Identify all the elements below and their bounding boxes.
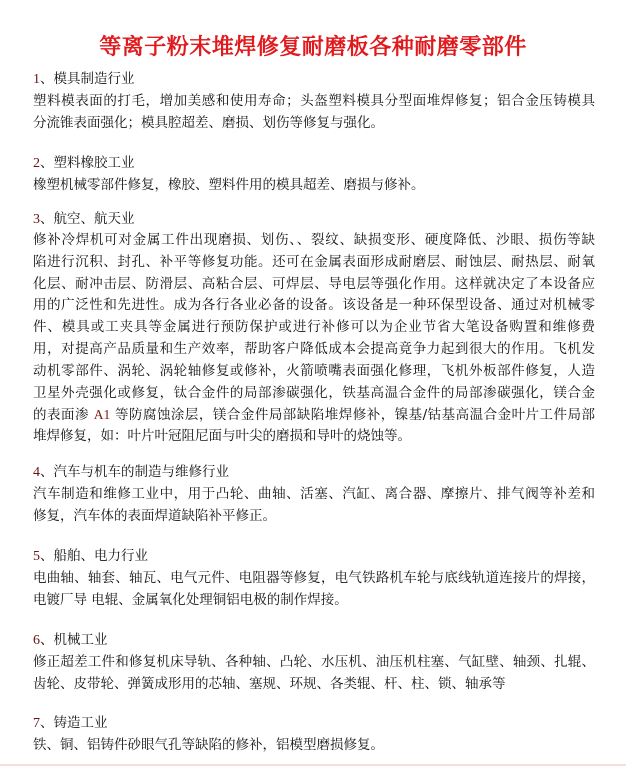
section-body: 塑料模表面的打毛，增加美感和使用寿命；头盔塑料模具分型面堆焊修复；铝合金压铸模具… bbox=[33, 90, 595, 135]
section-number: 3 bbox=[33, 212, 40, 227]
bottom-divider bbox=[0, 764, 626, 766]
body-line: 分流锥表面强化；模具腔超差、磨损、划伤等修复与强化。 bbox=[33, 112, 595, 134]
section-heading-text: 、航空、航天业 bbox=[40, 211, 135, 227]
section-heading: 4、汽车与机车的制造与维修行业 bbox=[33, 461, 595, 483]
section-body: 铁、铜、铝铸件砂眼气孔等缺陷的修补，铝模型磨损修复。 bbox=[33, 734, 595, 756]
section-machinery: 6、机械工业 修正超差工件和修复机床导轨、各种轴、凸轮、水压机、油压机柱塞、气缸… bbox=[33, 629, 595, 696]
body-line: 卫星外壳强化或修复，钛合金件的局部渗碳强化，铁基高温合金件的局部渗碳强化，镁合金 bbox=[33, 383, 595, 405]
body-line: 修正超差工件和修复机床导轨、各种轴、凸轮、水压机、油压机柱塞、气缸壁、轴颈、扎辊… bbox=[33, 651, 595, 673]
body-line: 陷进行沉积、封孔、补平等修复功能。还可在金属表面形成耐磨层、耐蚀层、耐热层、耐氧 bbox=[33, 252, 595, 274]
body-line: 铁、铜、铝铸件砂眼气孔等缺陷的修补，铝模型磨损修复。 bbox=[33, 734, 595, 756]
body-line: 汽车制造和维修工业中，用于凸轮、曲轴、活塞、汽缸、离合器、摩擦片、排气阀等补差和 bbox=[33, 483, 595, 505]
section-heading: 6、机械工业 bbox=[33, 629, 595, 651]
body-line: 用的广泛性和先进性。成为各行各业必备的设备。该设备是一种环保型设备、通过对机械零 bbox=[33, 295, 595, 317]
section-plastic-rubber: 2、塑料橡胶工业 橡塑机械零部件修复，橡胶、塑料件用的模具超差、磨损与修补。 bbox=[33, 152, 595, 196]
section-heading-text: 、铸造工业 bbox=[40, 715, 108, 731]
section-number: 2 bbox=[33, 156, 40, 171]
section-shipping-power: 5、船舶、电力行业 电曲轴、轴套、轴瓦、电气元件、电阻器等修复，电气铁路机车轮与… bbox=[33, 545, 595, 612]
section-heading-text: 、塑料橡胶工业 bbox=[40, 155, 135, 171]
document-page: 等离子粉末堆焊修复耐磨板各种耐磨零部件 1、模具制造行业 塑料模表面的打毛，增加… bbox=[0, 0, 626, 767]
body-line-with-a1: 的表面渗 A1 等防腐蚀涂层，镁合金件局部缺陷堆焊修补，镍基/钴基高温合金叶片工… bbox=[33, 404, 595, 426]
body-line: 齿轮、皮带轮、弹簧成形用的芯轴、塞规、环规、各类辊、杆、柱、锁、轴承等 bbox=[33, 673, 595, 695]
section-heading: 1、模具制造行业 bbox=[33, 68, 595, 90]
line-text-before: 的表面渗 bbox=[33, 407, 94, 423]
section-heading: 7、铸造工业 bbox=[33, 712, 595, 734]
section-heading-text: 、汽车与机车的制造与维修行业 bbox=[40, 464, 229, 480]
page-title: 等离子粉末堆焊修复耐磨板各种耐磨零部件 bbox=[0, 33, 626, 61]
section-body: 修正超差工件和修复机床导轨、各种轴、凸轮、水压机、油压机柱塞、气缸壁、轴颈、扎辊… bbox=[33, 651, 595, 696]
section-heading: 2、塑料橡胶工业 bbox=[33, 152, 595, 174]
body-line: 塑料模表面的打毛，增加美感和使用寿命；头盔塑料模具分型面堆焊修复；铝合金压铸模具 bbox=[33, 90, 595, 112]
section-heading: 3、航空、航天业 bbox=[33, 208, 595, 230]
body-line: 用，对提高产品质量和生产效率，帮助客户降低成本会提高竟争力起到很大的作用。飞机发 bbox=[33, 339, 595, 361]
section-heading-text: 、模具制造行业 bbox=[40, 71, 135, 87]
section-automotive: 4、汽车与机车的制造与维修行业 汽车制造和维修工业中，用于凸轮、曲轴、活塞、汽缸… bbox=[33, 461, 595, 528]
section-number: 4 bbox=[33, 465, 40, 480]
section-number: 5 bbox=[33, 549, 40, 564]
section-heading-text: 、机械工业 bbox=[40, 632, 108, 648]
a1-element-label: A1 bbox=[94, 407, 111, 422]
body-line: 动机零部件、涡轮、涡轮轴修复或修补，火箭喷嘴表面强化修理，飞机外板部件修复，人造 bbox=[33, 361, 595, 383]
section-heading: 5、船舶、电力行业 bbox=[33, 545, 595, 567]
section-number: 1 bbox=[33, 72, 40, 87]
body-line: 修补冷焊机可对金属工件出现磨损、划伤、、裂纹、缺损变形、硬度降低、沙眼、损伤等缺 bbox=[33, 230, 595, 252]
section-casting: 7、铸造工业 铁、铜、铝铸件砂眼气孔等缺陷的修补，铝模型磨损修复。 bbox=[33, 712, 595, 756]
body-line: 化层、耐冲击层、防滑层、高粘合层、可焊层、导电层等强化作用。这样就决定了本设备应 bbox=[33, 274, 595, 296]
section-body: 橡塑机械零部件修复，橡胶、塑料件用的模具超差、磨损与修补。 bbox=[33, 174, 595, 196]
section-aerospace: 3、航空、航天业 修补冷焊机可对金属工件出现磨损、划伤、、裂纹、缺损变形、硬度降… bbox=[33, 208, 595, 448]
line-text-after: 等防腐蚀涂层，镁合金件局部缺陷堆焊修补，镍基/钴基高温合金叶片工件局部 bbox=[110, 407, 595, 423]
section-number: 6 bbox=[33, 633, 40, 648]
section-body: 电曲轴、轴套、轴瓦、电气元件、电阻器等修复，电气铁路机车轮与底线轨道连接片的焊接… bbox=[33, 567, 595, 612]
section-body: 汽车制造和维修工业中，用于凸轮、曲轴、活塞、汽缸、离合器、摩擦片、排气阀等补差和… bbox=[33, 483, 595, 528]
body-line: 电曲轴、轴套、轴瓦、电气元件、电阻器等修复，电气铁路机车轮与底线轨道连接片的焊接… bbox=[33, 567, 595, 589]
body-line: 橡塑机械零部件修复，橡胶、塑料件用的模具超差、磨损与修补。 bbox=[33, 174, 595, 196]
section-mold-manufacturing: 1、模具制造行业 塑料模表面的打毛，增加美感和使用寿命；头盔塑料模具分型面堆焊修… bbox=[33, 68, 595, 135]
section-body: 修补冷焊机可对金属工件出现磨损、划伤、、裂纹、缺损变形、硬度降低、沙眼、损伤等缺… bbox=[33, 230, 595, 448]
body-line: 修复，汽车体的表面焊道缺陷补平修正。 bbox=[33, 505, 595, 527]
body-line: 件、模具或工夹具等金属进行预防保护或进行补修可以为企业节省大笔设备购置和维修费 bbox=[33, 317, 595, 339]
section-number: 7 bbox=[33, 716, 40, 731]
body-line: 堆焊修复，如：叶片叶冠阻尼面与叶尖的磨损和导叶的烧蚀等。 bbox=[33, 426, 595, 448]
body-line: 电镀厂导 电辊、金属氧化处理铜铝电极的制作焊接。 bbox=[33, 589, 595, 611]
section-heading-text: 、船舶、电力行业 bbox=[40, 548, 148, 564]
